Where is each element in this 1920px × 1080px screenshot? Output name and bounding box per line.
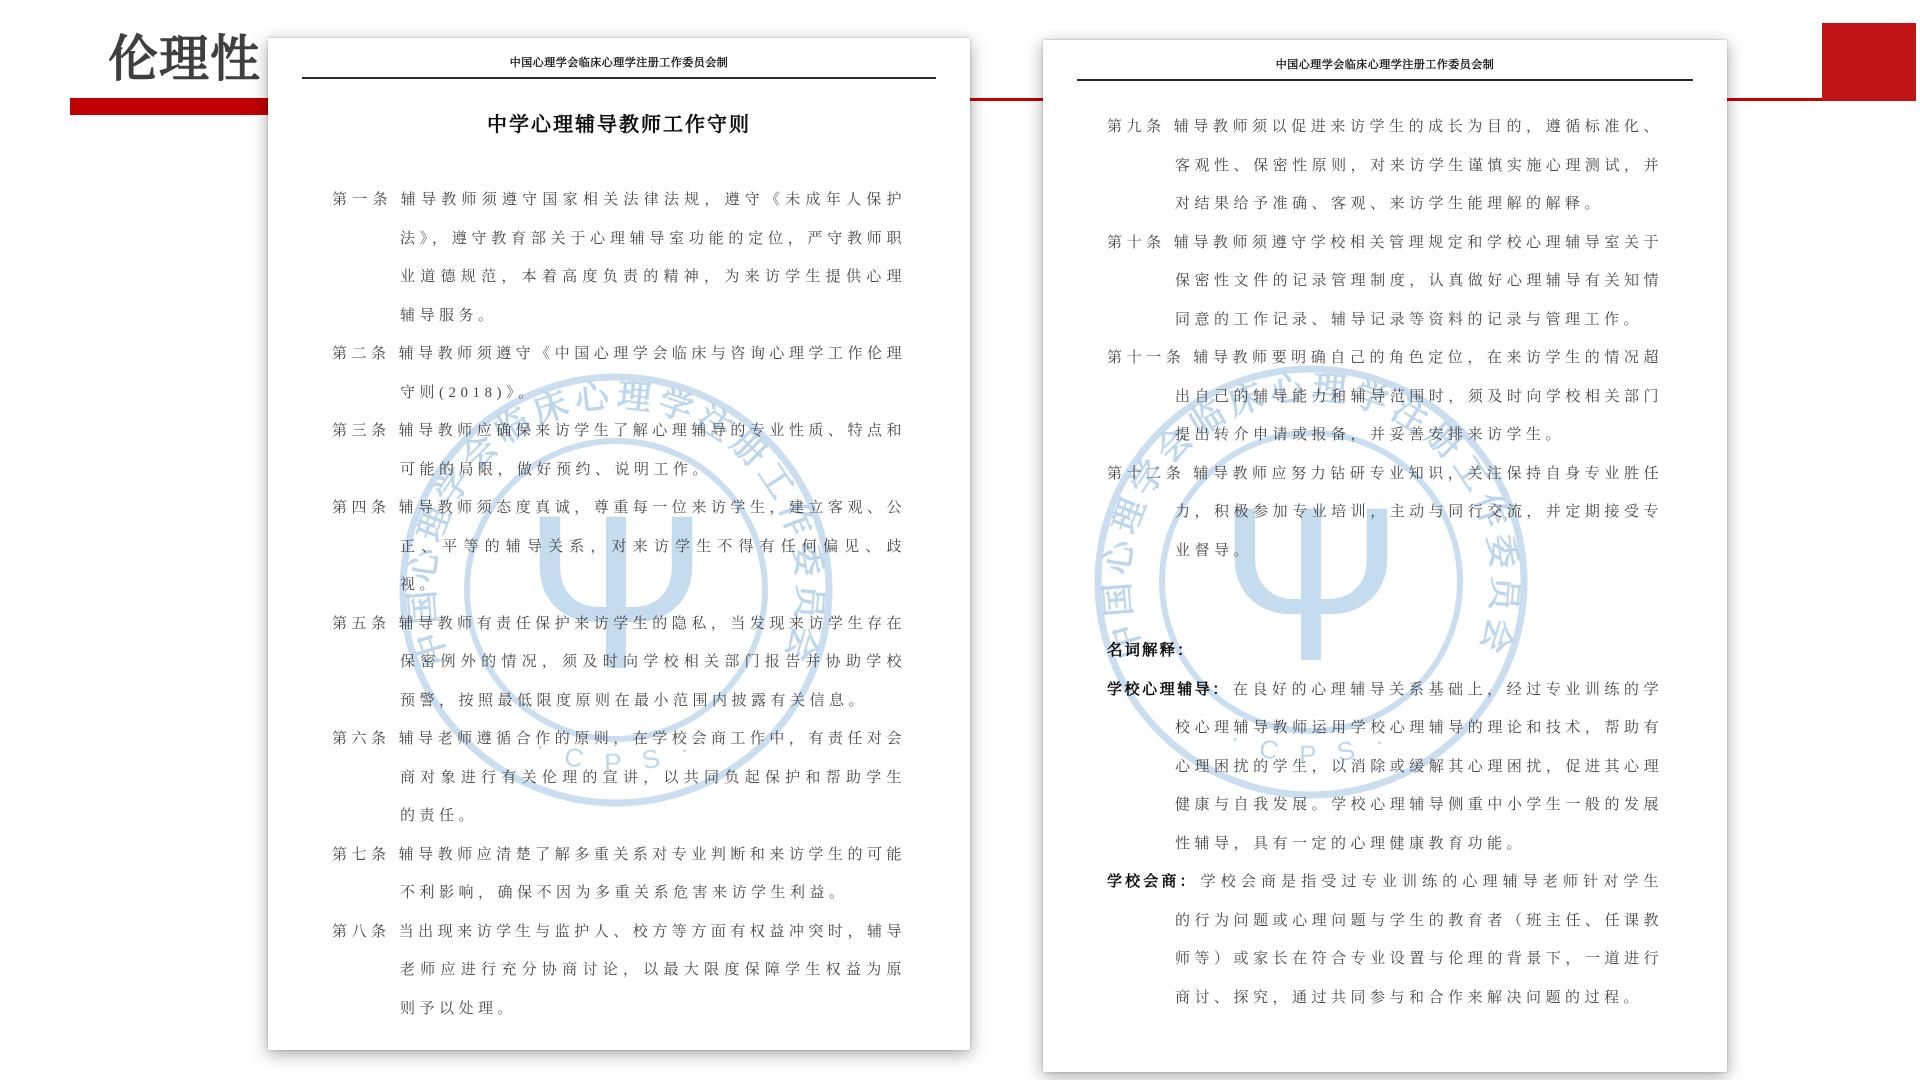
clause-number: 第四条 — [332, 500, 391, 516]
clause-text: 辅导教师须遵守国家相关法律法规，遵守《未成年人保护法》，遵守教育部关于心理辅导室… — [400, 192, 906, 324]
clause-item: 第五条辅导教师有责任保护来访学生的隐私，当发现来访学生存在保密例外的情况，须及时… — [332, 605, 906, 721]
document-title: 中学心理辅导教师工作守则 — [332, 110, 906, 140]
page-2-header: 中国心理学会临床心理学注册工作委员会制 — [1107, 40, 1663, 73]
clause-text: 当出现来访学生与监护人、校方等方面有权益冲突时，辅导老师应进行充分协商讨论，以最… — [399, 924, 906, 1017]
clause-item: 第七条辅导教师应清楚了解多重关系对专业判断和来访学生的可能不利影响，确保不因为多… — [332, 836, 906, 913]
glossary-item: 学校心理辅导：在良好的心理辅导关系基础上，经过专业训练的学校心理辅导教师运用学校… — [1107, 671, 1663, 864]
glossary-text: 学校会商是指受过专业训练的心理辅导老师针对学生的行为问题或心理问题与学生的教育者… — [1175, 874, 1663, 1006]
clause-item: 第一条辅导教师须遵守国家相关法律法规，遵守《未成年人保护法》，遵守教育部关于心理… — [332, 181, 906, 335]
clause-number: 第十条 — [1107, 235, 1166, 251]
clause-text: 辅导教师须遵守学校相关管理规定和学校心理辅导室关于保密性文件的记录管理制度，认真… — [1174, 235, 1663, 328]
page-1-content: 中国心理学会临床心理学注册工作委员会制 中学心理辅导教师工作守则 第一条辅导教师… — [268, 38, 970, 1028]
clause-text: 辅导教师须遵守《中国心理学会临床与咨询心理学工作伦理守则(2018)》。 — [399, 346, 906, 401]
glossary-heading: 名词解释： — [1107, 632, 1663, 671]
page-1-header-rule — [302, 77, 936, 79]
clause-item: 第十一条辅导教师要明确自己的角色定位，在来访学生的情况超出自己的辅导能力和辅导范… — [1107, 339, 1663, 455]
clause-text: 辅导老师遵循合作的原则，在学校会商工作中，有责任对会商对象进行有关伦理的宣讲，以… — [399, 731, 906, 824]
page-2-content: 中国心理学会临床心理学注册工作委员会制 第九条辅导教师须以促进来访学生的成长为目… — [1043, 40, 1727, 1017]
clause-item: 第四条辅导教师须态度真诚，尊重每一位来访学生，建立客观、公正、平等的辅导关系，对… — [332, 489, 906, 605]
clause-item: 第八条当出现来访学生与监护人、校方等方面有权益冲突时，辅导老师应进行充分协商讨论… — [332, 913, 906, 1029]
page-1-inner: 中国心理学会临床心理学注册工作委员会 · C P S · Ψ 中国心理学会临床心… — [268, 38, 970, 1050]
clause-number: 第七条 — [332, 847, 391, 863]
clause-item: 第十条辅导教师须遵守学校相关管理规定和学校心理辅导室关于保密性文件的记录管理制度… — [1107, 224, 1663, 340]
clause-item: 第三条辅导教师应确保来访学生了解心理辅导的专业性质、特点和可能的局限，做好预约、… — [332, 412, 906, 489]
clause-item: 第十二条辅导教师应努力钻研专业知识，关注保持自身专业胜任力，积极参加专业培训，主… — [1107, 455, 1663, 571]
page-1-header: 中国心理学会临床心理学注册工作委员会制 — [332, 38, 906, 71]
clause-text: 辅导教师应努力钻研专业知识，关注保持自身专业胜任力，积极参加专业培训，主动与同行… — [1175, 466, 1663, 559]
glossary-item: 学校会商：学校会商是指受过专业训练的心理辅导老师针对学生的行为问题或心理问题与学… — [1107, 863, 1663, 1017]
clause-item: 第二条辅导教师须遵守《中国心理学会临床与咨询心理学工作伦理守则(2018)》。 — [332, 335, 906, 412]
clause-number: 第五条 — [332, 616, 391, 632]
glossary-term: 学校会商： — [1107, 873, 1198, 890]
clause-number: 第三条 — [332, 423, 391, 439]
clause-number: 第六条 — [332, 731, 391, 747]
clause-text: 辅导教师须态度真诚，尊重每一位来访学生，建立客观、公正、平等的辅导关系，对来访学… — [399, 500, 906, 593]
clause-number: 第二条 — [332, 346, 391, 362]
page-2-inner: 中国心理学会临床心理学注册工作委员会 · C P S · Ψ 中国心理学会临床心… — [1043, 40, 1727, 1072]
page-2-header-rule — [1077, 79, 1693, 81]
clause-text: 辅导教师应确保来访学生了解心理辅导的专业性质、特点和可能的局限，做好预约、说明工… — [399, 423, 906, 478]
section-title: 伦理性 — [108, 34, 261, 84]
document-page-1: 中国心理学会临床心理学注册工作委员会 · C P S · Ψ 中国心理学会临床心… — [268, 38, 970, 1050]
clause-text: 辅导教师应清楚了解多重关系对专业判断和来访学生的可能不利影响，确保不因为多重关系… — [399, 847, 906, 902]
page-1-clauses: 第一条辅导教师须遵守国家相关法律法规，遵守《未成年人保护法》，遵守教育部关于心理… — [332, 181, 906, 1028]
clause-text: 辅导教师有责任保护来访学生的隐私，当发现来访学生存在保密例外的情况，须及时向学校… — [399, 616, 906, 709]
document-page-2: 中国心理学会临床心理学注册工作委员会 · C P S · Ψ 中国心理学会临床心… — [1043, 40, 1727, 1072]
glossary-text: 在良好的心理辅导关系基础上，经过专业训练的学校心理辅导教师运用学校心理辅导的理论… — [1175, 682, 1663, 852]
glossary-term: 学校心理辅导： — [1107, 681, 1230, 698]
clause-item: 第九条辅导教师须以促进来访学生的成长为目的，遵循标准化、客观性、保密性原则，对来… — [1107, 108, 1663, 224]
accent-corner-square — [1822, 23, 1916, 101]
clause-number: 第九条 — [1107, 119, 1166, 135]
clause-number: 第八条 — [332, 924, 391, 940]
clause-number: 第一条 — [332, 192, 393, 208]
clause-number: 第十二条 — [1107, 466, 1185, 482]
page-2-clauses: 第九条辅导教师须以促进来访学生的成长为目的，遵循标准化、客观性、保密性原则，对来… — [1107, 108, 1663, 570]
clause-text: 辅导教师须以促进来访学生的成长为目的，遵循标准化、客观性、保密性原则，对来访学生… — [1174, 119, 1663, 212]
clause-text: 辅导教师要明确自己的角色定位，在来访学生的情况超出自己的辅导能力和辅导范围时，须… — [1175, 350, 1663, 443]
clause-number: 第十一条 — [1107, 350, 1185, 366]
clause-item: 第六条辅导老师遵循合作的原则，在学校会商工作中，有责任对会商对象进行有关伦理的宣… — [332, 720, 906, 836]
